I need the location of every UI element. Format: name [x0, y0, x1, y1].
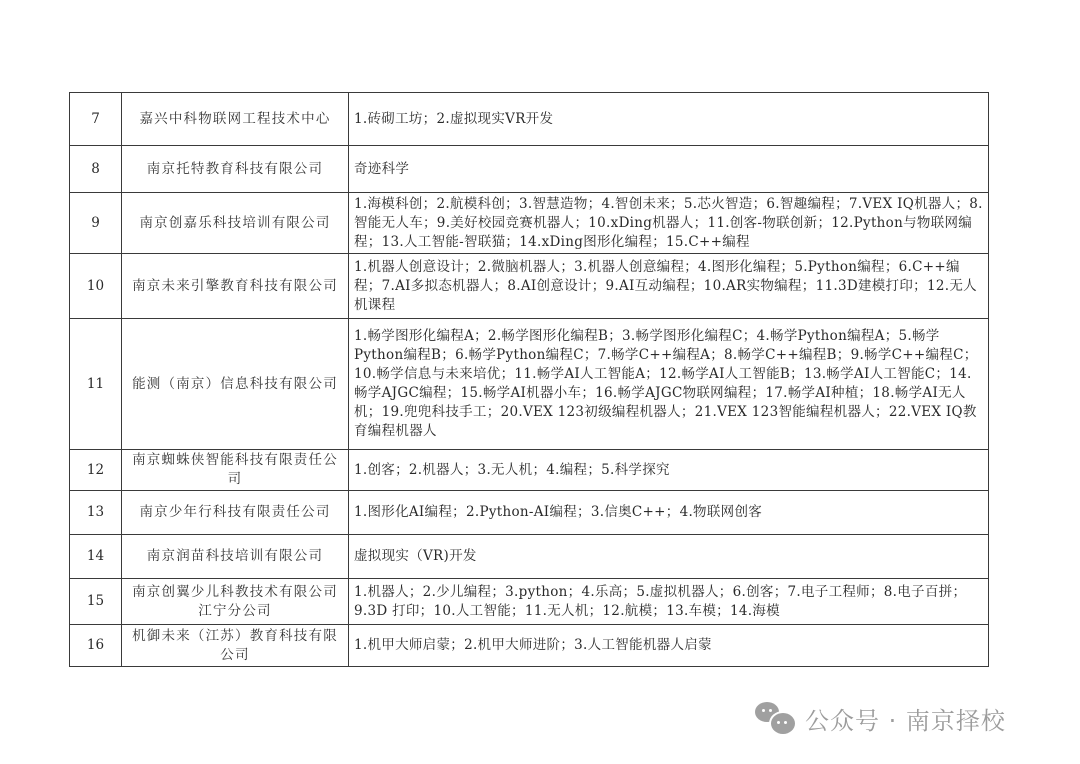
table-row: 7嘉兴中科物联网工程技术中心1.砖砌工坊；2.虚拟现实VR开发: [70, 93, 989, 146]
row-number: 7: [70, 93, 122, 146]
table-row: 14南京润苗科技培训有限公司虚拟现实（VR)开发: [70, 535, 989, 579]
course-list: 1.机甲大师启蒙；2.机甲大师进阶；3.人工智能机器人启蒙: [349, 625, 989, 667]
watermark-text: 公众号 · 南京择校: [805, 701, 1006, 736]
course-list: 1.海模科创；2.航模科创；3.智慧造物；4.智创未来；5.芯火智造；6.智趣编…: [349, 193, 989, 254]
table-row: 10南京未来引擎教育科技有限公司1.机器人创意设计；2.微脑机器人；3.机器人创…: [70, 254, 989, 319]
organization-name: 南京创嘉乐科技培训有限公司: [122, 193, 349, 254]
organization-name: 南京蜘蛛侠智能科技有限责任公司: [122, 450, 349, 491]
row-number: 16: [70, 625, 122, 667]
watermark: 公众号 · 南京择校: [755, 700, 1006, 736]
course-list: 1.机器人创意设计；2.微脑机器人；3.机器人创意编程；4.图形化编程；5.Py…: [349, 254, 989, 319]
course-list: 1.创客；2.机器人；3.无人机；4.编程；5.科学探究: [349, 450, 989, 491]
organization-name: 嘉兴中科物联网工程技术中心: [122, 93, 349, 146]
row-number: 12: [70, 450, 122, 491]
table-row: 12南京蜘蛛侠智能科技有限责任公司1.创客；2.机器人；3.无人机；4.编程；5…: [70, 450, 989, 491]
row-number: 8: [70, 146, 122, 193]
wechat-icon: [755, 700, 797, 736]
row-number: 9: [70, 193, 122, 254]
course-list: 奇迹科学: [349, 146, 989, 193]
organization-name: 能测（南京）信息科技有限公司: [122, 319, 349, 450]
organization-name: 南京未来引擎教育科技有限公司: [122, 254, 349, 319]
row-number: 15: [70, 579, 122, 625]
organization-name: 南京托特教育科技有限公司: [122, 146, 349, 193]
organization-name: 南京润苗科技培训有限公司: [122, 535, 349, 579]
table-row: 15南京创翼少儿科教技术有限公司江宁分公司1.机器人；2.少儿编程；3.pyth…: [70, 579, 989, 625]
row-number: 10: [70, 254, 122, 319]
organization-name: 南京少年行科技有限责任公司: [122, 491, 349, 535]
course-list: 1.砖砌工坊；2.虚拟现实VR开发: [349, 93, 989, 146]
table-row: 9南京创嘉乐科技培训有限公司1.海模科创；2.航模科创；3.智慧造物；4.智创未…: [70, 193, 989, 254]
course-table: 7嘉兴中科物联网工程技术中心1.砖砌工坊；2.虚拟现实VR开发8南京托特教育科技…: [69, 92, 989, 667]
course-list: 1.畅学图形化编程A；2.畅学图形化编程B；3.畅学图形化编程C；4.畅学Pyt…: [349, 319, 989, 450]
course-list: 虚拟现实（VR)开发: [349, 535, 989, 579]
organization-name: 南京创翼少儿科教技术有限公司江宁分公司: [122, 579, 349, 625]
table-row: 13南京少年行科技有限责任公司1.图形化AI编程；2.Python-AI编程；3…: [70, 491, 989, 535]
table-row: 8南京托特教育科技有限公司奇迹科学: [70, 146, 989, 193]
table-row: 11能测（南京）信息科技有限公司1.畅学图形化编程A；2.畅学图形化编程B；3.…: [70, 319, 989, 450]
row-number: 11: [70, 319, 122, 450]
course-list: 1.机器人；2.少儿编程；3.python；4.乐高；5.虚拟机器人；6.创客；…: [349, 579, 989, 625]
course-list: 1.图形化AI编程；2.Python-AI编程；3.信奥C++；4.物联网创客: [349, 491, 989, 535]
table-row: 16机御未来（江苏）教育科技有限公司1.机甲大师启蒙；2.机甲大师进阶；3.人工…: [70, 625, 989, 667]
row-number: 13: [70, 491, 122, 535]
organization-name: 机御未来（江苏）教育科技有限公司: [122, 625, 349, 667]
row-number: 14: [70, 535, 122, 579]
